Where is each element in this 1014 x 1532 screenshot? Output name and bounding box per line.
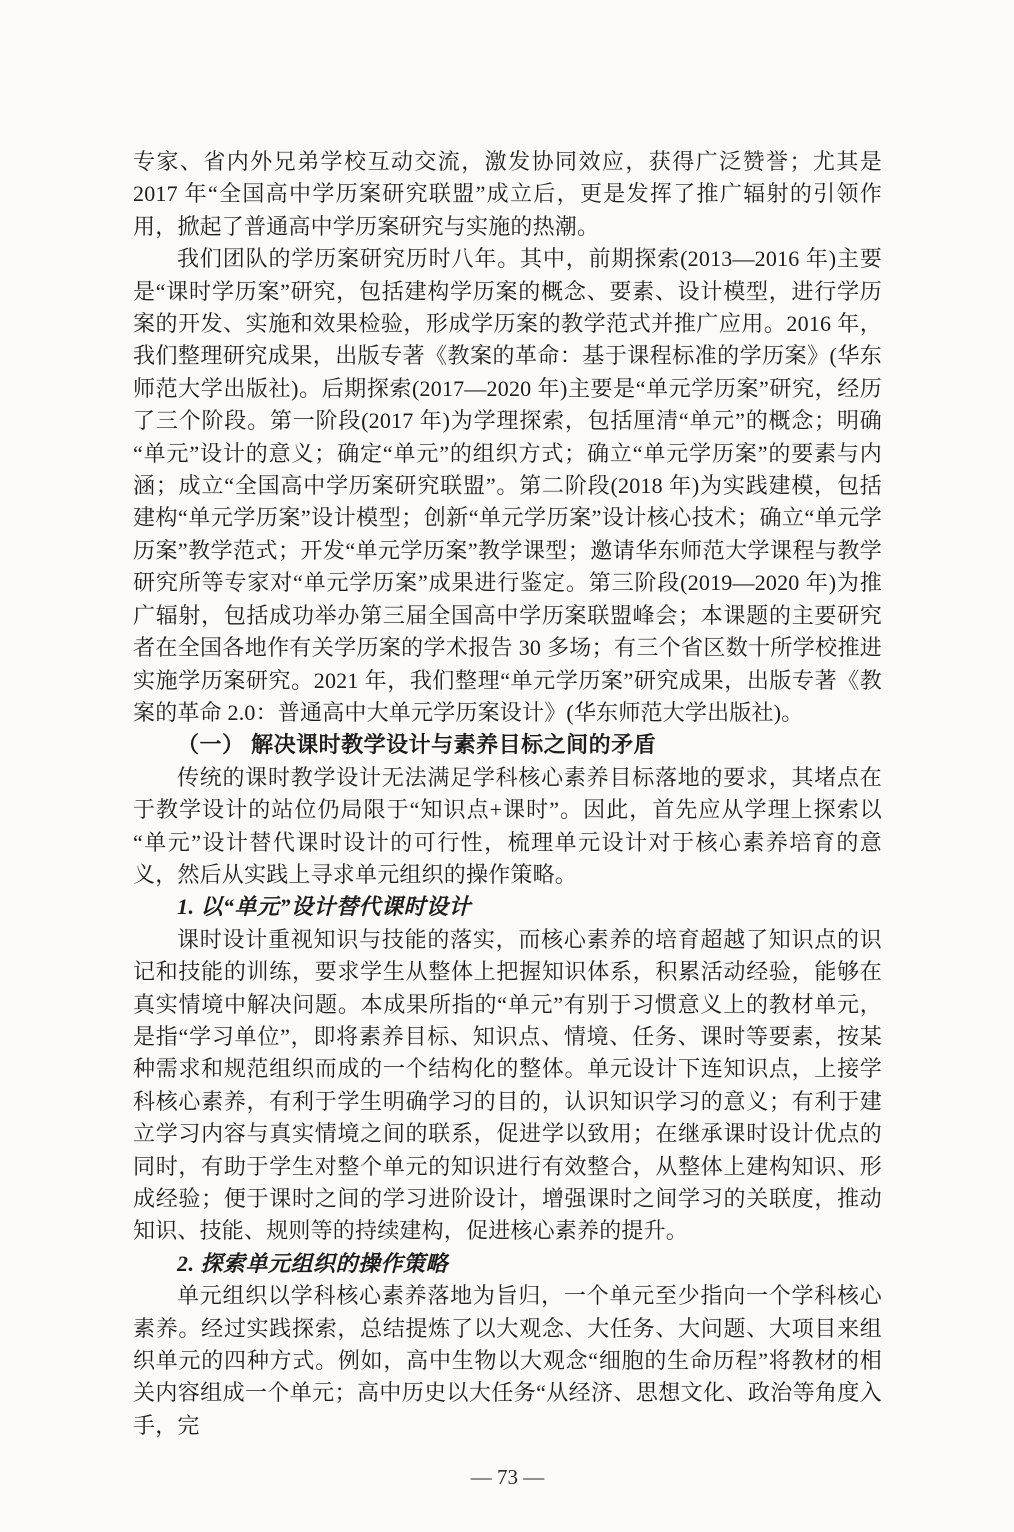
paragraph: 传统的课时教学设计无法满足学科核心素养目标落地的要求，其堵点在于教学设计的站位仍…	[133, 762, 882, 892]
subsection-heading-1: 1. 以“单元”设计替代课时设计	[133, 891, 882, 923]
section-heading: （一） 解决课时教学设计与素养目标之间的矛盾	[133, 729, 882, 761]
subsection-heading-2: 2. 探索单元组织的操作策略	[133, 1248, 882, 1280]
document-page: 专家、省内外兄弟学校互动交流，激发协同效应，获得广泛赞誉；尤其是 2017 年“…	[0, 0, 1014, 1532]
page-body-text: 专家、省内外兄弟学校互动交流，激发协同效应，获得广泛赞誉；尤其是 2017 年“…	[133, 146, 882, 1442]
paragraph: 课时设计重视知识与技能的落实，而核心素养的培育超越了知识点的识记和技能的训练，要…	[133, 924, 882, 1248]
paragraph: 专家、省内外兄弟学校互动交流，激发协同效应，获得广泛赞誉；尤其是 2017 年“…	[133, 146, 882, 243]
paragraph: 单元组织以学科核心素养落地为旨归，一个单元至少指向一个学科核心素养。经过实践探索…	[133, 1280, 882, 1442]
page-number: — 73 —	[133, 1462, 882, 1492]
paragraph: 我们团队的学历案研究历时八年。其中，前期探索(2013—2016 年)主要是“课…	[133, 243, 882, 729]
